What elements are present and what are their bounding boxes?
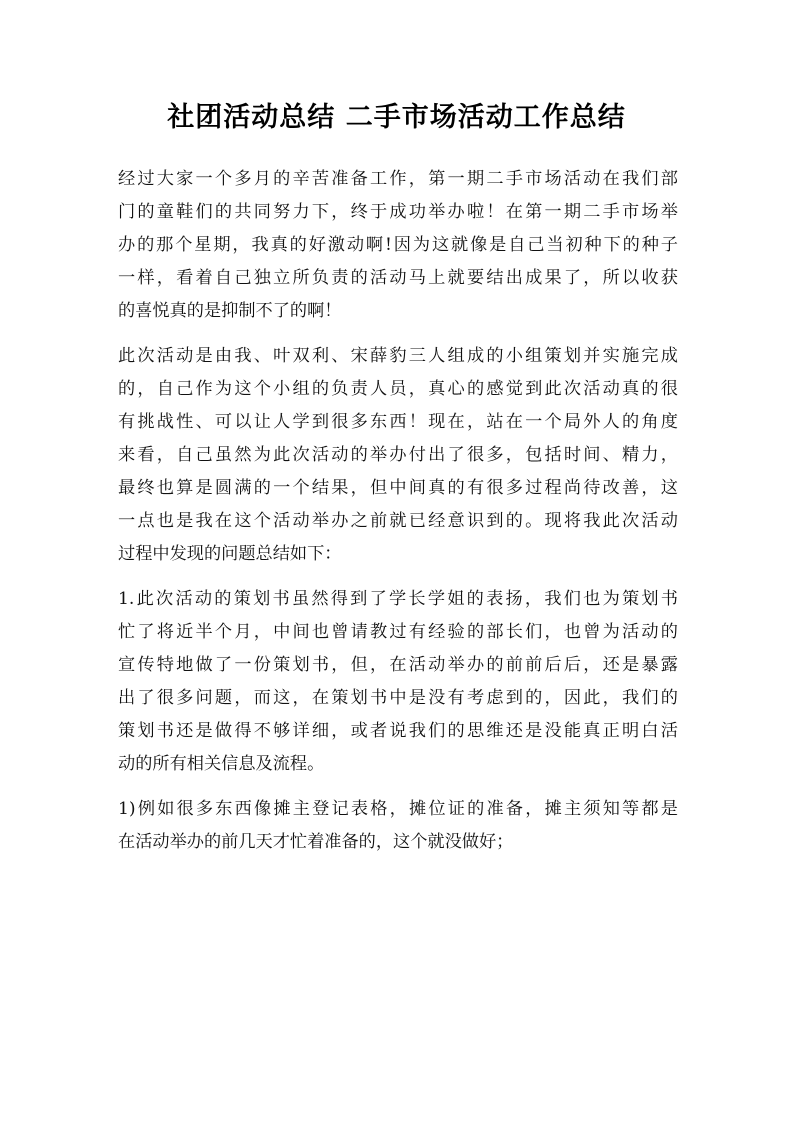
document-title: 社团活动总结 二手市场活动工作总结: [0, 98, 793, 138]
text-line: 经过大家一个多月的辛苦准备工作，第一期二手市场活动在我们部: [118, 163, 678, 196]
text-line: 1.此次活动的策划书虽然得到了学长学姐的表扬，我们也为策划书: [118, 583, 678, 616]
text-line: 过程中发现的问题总结如下：: [118, 538, 678, 571]
paragraph-intro: 经过大家一个多月的辛苦准备工作，第一期二手市场活动在我们部 门的童鞋们的共同努力…: [118, 163, 678, 328]
paragraph-issue-1: 1.此次活动的策划书虽然得到了学长学姐的表扬，我们也为策划书 忙了将近半个月，中…: [118, 583, 678, 781]
text-line: 1)例如很多东西像摊主登记表格，摊位证的准备，摊主须知等都是: [118, 793, 678, 826]
paragraph-issue-1-example: 1)例如很多东西像摊主登记表格，摊位证的准备，摊主须知等都是 在活动举办的前几天…: [118, 793, 678, 859]
text-line: 出了很多问题，而这，在策划书中是没有考虑到的，因此，我们的: [118, 682, 678, 715]
text-line: 门的童鞋们的共同努力下，终于成功举办啦！在第一期二手市场举: [118, 196, 678, 229]
text-line: 在活动举办的前几天才忙着准备的，这个就没做好；: [118, 826, 678, 859]
text-line: 动的所有相关信息及流程。: [118, 748, 678, 781]
text-line: 的喜悦真的是抑制不了的啊！: [118, 295, 678, 328]
document-body: 经过大家一个多月的辛苦准备工作，第一期二手市场活动在我们部 门的童鞋们的共同努力…: [118, 163, 678, 871]
text-line: 一样，看着自己独立所负责的活动马上就要结出成果了，所以收获: [118, 262, 678, 295]
text-line: 来看，自己虽然为此次活动的举办付出了很多，包括时间、精力，: [118, 439, 678, 472]
text-line: 宣传特地做了一份策划书，但，在活动举办的前前后后，还是暴露: [118, 649, 678, 682]
paragraph-team: 此次活动是由我、叶双利、宋薛豹三人组成的小组策划并实施完成 的，自己作为这个小组…: [118, 340, 678, 571]
text-line: 一点也是我在这个活动举办之前就已经意识到的。现将我此次活动: [118, 505, 678, 538]
text-line: 的，自己作为这个小组的负责人员，真心的感觉到此次活动真的很: [118, 373, 678, 406]
text-line: 策划书还是做得不够详细，或者说我们的思维还是没能真正明白活: [118, 715, 678, 748]
text-line: 最终也算是圆满的一个结果，但中间真的有很多过程尚待改善，这: [118, 472, 678, 505]
text-line: 办的那个星期，我真的好激动啊!因为这就像是自己当初种下的种子: [118, 229, 678, 262]
text-line: 忙了将近半个月，中间也曾请教过有经验的部长们，也曾为活动的: [118, 616, 678, 649]
document-page: 社团活动总结 二手市场活动工作总结 经过大家一个多月的辛苦准备工作，第一期二手市…: [0, 0, 793, 1122]
text-line: 有挑战性、可以让人学到很多东西！现在，站在一个局外人的角度: [118, 406, 678, 439]
text-line: 此次活动是由我、叶双利、宋薛豹三人组成的小组策划并实施完成: [118, 340, 678, 373]
